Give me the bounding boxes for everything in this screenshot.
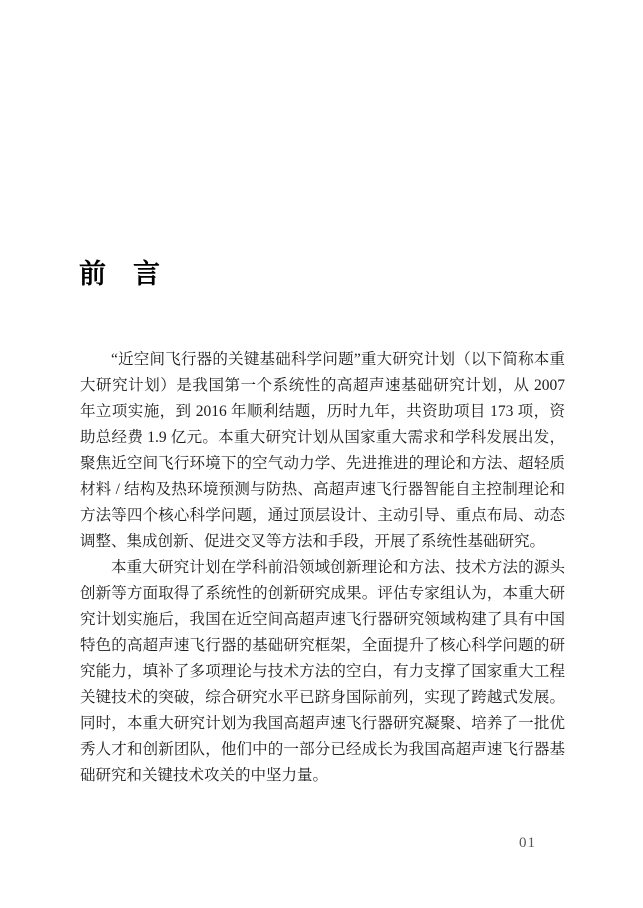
body-text: “近空间飞行器的关键基础科学问题”重大研究计划（以下简称本重大研究计划）是我国第…	[80, 347, 565, 789]
document-page: 前 言 “近空间飞行器的关键基础科学问题”重大研究计划（以下简称本重大研究计划）…	[0, 0, 643, 908]
page-title: 前 言	[79, 258, 160, 290]
page-number: 01	[519, 835, 536, 852]
paragraph-2: 本重大研究计划在学科前沿领域创新理论和方法、技术方法的源头创新等方面取得了系统性…	[80, 555, 565, 789]
paragraph-1: “近空间飞行器的关键基础科学问题”重大研究计划（以下简称本重大研究计划）是我国第…	[80, 347, 565, 555]
